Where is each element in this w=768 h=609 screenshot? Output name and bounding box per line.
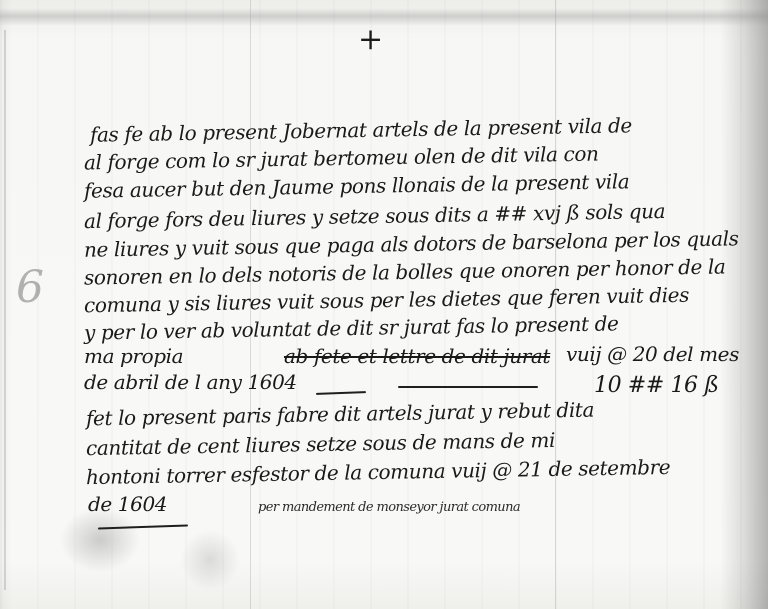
entry2-signature: per mandement de monseyor jurat comuna bbox=[258, 500, 520, 515]
divider-rule bbox=[398, 386, 538, 388]
entry2-line-4: de 1604 bbox=[88, 492, 167, 516]
margin-mark: 6 bbox=[16, 262, 44, 313]
paper-left-margin bbox=[4, 30, 6, 590]
entry1-amount: 10 ## 16 ß bbox=[594, 374, 719, 398]
entry1-signature-prefix: ma propia bbox=[84, 344, 183, 368]
entry1-struck-text: ab fete et lettre de dit jurat bbox=[284, 344, 550, 368]
entry1-date-year: de abril de l any 1604 bbox=[84, 370, 297, 394]
header-cross-mark: + bbox=[358, 22, 383, 57]
paper-top-edge bbox=[0, 8, 768, 26]
entry1-date-line: vuij @ 20 del mes bbox=[566, 342, 739, 366]
